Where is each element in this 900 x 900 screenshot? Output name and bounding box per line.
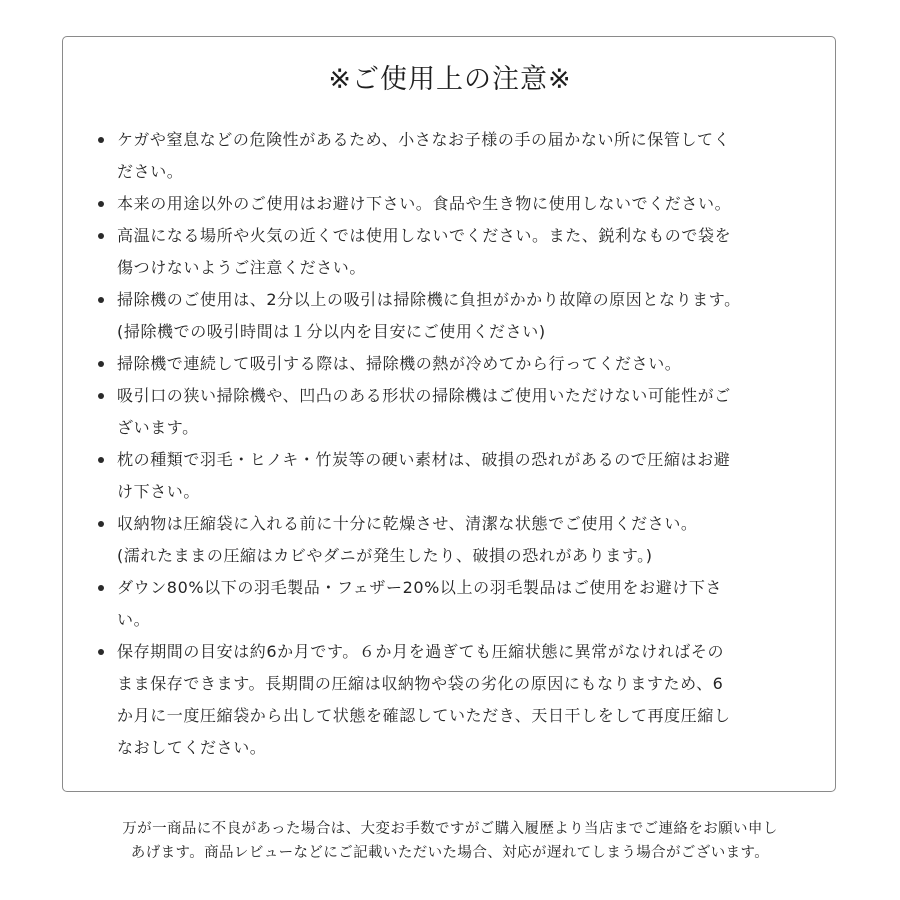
item-text-line: 保存期間の目安は約6か月です。６か月を過ぎても圧縮状態に異常がなければその	[117, 636, 817, 668]
list-item: 収納物は圧縮袋に入れる前に十分に乾燥させ、清潔な状態でご使用ください。 (濡れた…	[97, 508, 817, 572]
list-item: 本来の用途以外のご使用はお避け下さい。食品や生き物に使用しないでください。	[97, 188, 817, 220]
list-item: ケガや窒息などの危険性があるため、小さなお子様の手の届かない所に保管してく ださ…	[97, 124, 817, 188]
bullet-icon	[98, 457, 104, 463]
bullet-icon	[98, 361, 104, 367]
item-text-line: 本来の用途以外のご使用はお避け下さい。食品や生き物に使用しないでください。	[117, 188, 817, 220]
item-text-line: 枕の種類で羽毛・ヒノキ・竹炭等の硬い素材は、破損の恐れがあるので圧縮はお避	[117, 444, 817, 476]
item-text-line: (濡れたままの圧縮はカビやダニが発生したり、破損の恐れがあります。)	[117, 540, 817, 572]
item-text-line: け下さい。	[117, 476, 817, 508]
item-text-line: ケガや窒息などの危険性があるため、小さなお子様の手の届かない所に保管してく	[117, 124, 817, 156]
notice-list: ケガや窒息などの危険性があるため、小さなお子様の手の届かない所に保管してく ださ…	[97, 124, 817, 764]
list-item: ダウン80%以下の羽毛製品・フェザー20%以上の羽毛製品はご使用をお避け下さ い…	[97, 572, 817, 636]
item-text-line: か月に一度圧縮袋から出して状態を確認していただき、天日干しをして再度圧縮し	[117, 700, 817, 732]
item-text-line: 収納物は圧縮袋に入れる前に十分に乾燥させ、清潔な状態でご使用ください。	[117, 508, 817, 540]
list-item: 高温になる場所や火気の近くでは使用しないでください。また、鋭利なもので袋を 傷つ…	[97, 220, 817, 284]
item-text-line: 吸引口の狭い掃除機や、凹凸のある形状の掃除機はご使用いただけない可能性がご	[117, 380, 817, 412]
item-text-line: 傷つけないようご注意ください。	[117, 252, 817, 284]
list-item: 掃除機で連続して吸引する際は、掃除機の熱が冷めてから行ってください。	[97, 348, 817, 380]
footer-note-line: あげます。商品レビューなどにご記載いただいた場合、対応が遅れてしまう場合がござい…	[0, 841, 900, 865]
list-item: 吸引口の狭い掃除機や、凹凸のある形状の掃除機はご使用いただけない可能性がご ざい…	[97, 380, 817, 444]
list-item: 保存期間の目安は約6か月です。６か月を過ぎても圧縮状態に異常がなければその まま…	[97, 636, 817, 764]
item-text-line: ざいます。	[117, 412, 817, 444]
bullet-icon	[98, 393, 104, 399]
item-text-line: (掃除機での吸引時間は１分以内を目安にご使用ください)	[117, 316, 817, 348]
footer-note: 万が一商品に不良があった場合は、大変お手数ですがご購入履歴より当店までご連絡をお…	[0, 817, 900, 865]
bullet-icon	[98, 137, 104, 143]
bullet-icon	[98, 233, 104, 239]
item-text-line: ダウン80%以下の羽毛製品・フェザー20%以上の羽毛製品はご使用をお避け下さ	[117, 572, 817, 604]
item-text-line: まま保存できます。長期間の圧縮は収納物や袋の劣化の原因にもなりますため、6	[117, 668, 817, 700]
list-item: 枕の種類で羽毛・ヒノキ・竹炭等の硬い素材は、破損の恐れがあるので圧縮はお避 け下…	[97, 444, 817, 508]
notice-title: ※ご使用上の注意※	[0, 62, 900, 98]
item-text-line: 高温になる場所や火気の近くでは使用しないでください。また、鋭利なもので袋を	[117, 220, 817, 252]
bullet-icon	[98, 649, 104, 655]
item-text-line: なおしてください。	[117, 732, 817, 764]
bullet-icon	[98, 297, 104, 303]
item-text-line: 掃除機のご使用は、2分以上の吸引は掃除機に負担がかかり故障の原因となります。	[117, 284, 817, 316]
bullet-icon	[98, 201, 104, 207]
list-item: 掃除機のご使用は、2分以上の吸引は掃除機に負担がかかり故障の原因となります。 (…	[97, 284, 817, 348]
item-text-line: ださい。	[117, 156, 817, 188]
item-text-line: い。	[117, 604, 817, 636]
bullet-icon	[98, 521, 104, 527]
bullet-icon	[98, 585, 104, 591]
item-text-line: 掃除機で連続して吸引する際は、掃除機の熱が冷めてから行ってください。	[117, 348, 817, 380]
footer-note-line: 万が一商品に不良があった場合は、大変お手数ですがご購入履歴より当店までご連絡をお…	[0, 817, 900, 841]
